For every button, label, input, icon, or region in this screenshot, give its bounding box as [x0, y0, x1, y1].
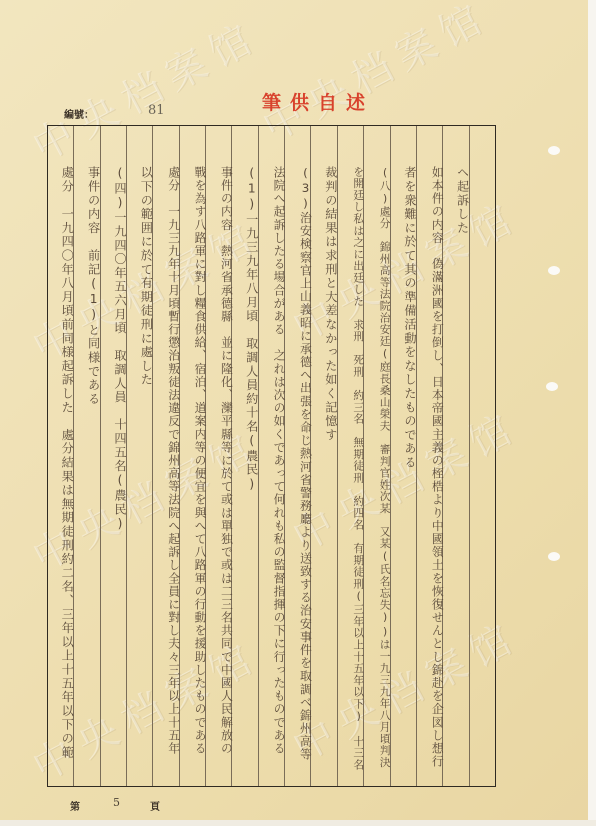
column-text: 事件の内容 前記(1)と同様である: [74, 166, 99, 406]
column-text: 如本件の内容 偽滿洲國を打倒し、日本帝國主義の桎梏より中國領土を恢復せんとし錦赴…: [417, 166, 442, 768]
column-text: (八)處分 錦州高等法院治安廷(庭長桑山榮夫 審判官姓次某 又某(氏名忘失))は…: [364, 166, 389, 768]
manuscript-column: 事件の内容 前記(1)と同様である: [73, 126, 99, 786]
column-text: (1)一九三九年八月頃 取調人員約十名(農民): [232, 166, 257, 492]
binding-hole: [548, 266, 560, 275]
manuscript-grid: ヘ起訴した如本件の内容 偽滿洲國を打倒し、日本帝國主義の桎梏より中國領土を恢復せ…: [47, 125, 496, 787]
manuscript-column: (八)處分 錦州高等法院治安廷(庭長桑山榮夫 審判官姓次某 又某(氏名忘失))は…: [363, 126, 389, 786]
column-text: (3)治安検察官上山義昭に承德へ出張を命じ熱河省警務廳より送致する治安事件を取調…: [285, 166, 310, 761]
manuscript-column: (1)一九三九年八月頃 取調人員約十名(農民): [231, 126, 257, 786]
binding-hole: [548, 146, 560, 155]
manuscript-column: 處分 一九四〇年八月頃前同様起訴した 處分結果は無期徒刑約二名、三年以上十五年以…: [48, 126, 73, 786]
column-text: 法院へ起訴したる場合がある 之れは次の如くであって何れも私の監督指揮の下に行った…: [259, 166, 284, 755]
manuscript-column: (3)治安検察官上山義昭に承德へ出張を命じ熱河省警務廳より送致する治安事件を取調…: [284, 126, 310, 786]
manuscript-column: 以下の範囲に於て有期徒刑に處した: [126, 126, 152, 786]
manuscript-column: 事件の内容 熱河省承德縣 並に隆化、灤平縣等に於て或は單独で或は二三名共同で中國…: [205, 126, 231, 786]
column-text: 者を衆難に於て其の準備活動をなしたものである: [391, 166, 416, 470]
page-suffix: 頁: [150, 798, 160, 813]
column-text: 處分 一九三九年十月頃暫行懲治叛徒法違反で錦州高等法院へ起訴し全員に對し夫々三年…: [153, 166, 178, 755]
column-text: 戰を為す八路軍に對し糧食供給、宿泊、道案内等の便宜を與へて八路軍の行動を援助した…: [180, 166, 205, 755]
page-number: 5: [113, 796, 120, 809]
scan-margin: [0, 820, 596, 826]
page-title: 筆供自述: [262, 88, 374, 115]
page-prefix: 第: [70, 798, 80, 813]
manuscript-column: ヘ起訴した: [442, 126, 468, 786]
document-page: 中央档案馆 中央档案馆 中央档案馆 中央档案馆 中央档案馆 中央档案馆 中央档案…: [0, 0, 588, 820]
manuscript-column: 戰を為す八路軍に對し糧食供給、宿泊、道案内等の便宜を與へて八路軍の行動を援助した…: [179, 126, 205, 786]
binding-hole: [548, 552, 560, 561]
column-text: 裁判の結果は求刑と大差なかった如く記憶す: [311, 166, 336, 442]
column-text: ヘ起訴した: [443, 166, 468, 235]
manuscript-column: を開廷し私は之に出廷した 求刑 死刑 約三名 無期徒刑 約四名 有期徒刑(三年以…: [337, 126, 363, 786]
column-text: 事件の内容 熱河省承德縣 並に隆化、灤平縣等に於て或は單独で或は二三名共同で中國…: [206, 166, 231, 755]
manuscript-column: [469, 126, 495, 786]
manuscript-column: 如本件の内容 偽滿洲國を打倒し、日本帝國主義の桎梏より中國領土を恢復せんとし錦赴…: [416, 126, 442, 786]
manuscript-column: 法院へ起訴したる場合がある 之れは次の如くであって何れも私の監督指揮の下に行った…: [258, 126, 284, 786]
scan-margin: [588, 0, 596, 826]
manuscript-column: 裁判の結果は求刑と大差なかった如く記憶す: [310, 126, 336, 786]
manuscript-column: 者を衆難に於て其の準備活動をなしたものである: [390, 126, 416, 786]
column-text: を開廷し私は之に出廷した 求刑 死刑 約三名 無期徒刑 約四名 有期徒刑(三年以…: [338, 166, 363, 771]
column-text: 處分 一九四〇年八月頃前同様起訴した 處分結果は無期徒刑約二名、三年以上十五年以…: [48, 166, 73, 759]
file-number: 81: [148, 103, 165, 118]
binding-hole: [546, 382, 558, 391]
manuscript-column: 處分 一九三九年十月頃暫行懲治叛徒法違反で錦州高等法院へ起訴し全員に對し夫々三年…: [152, 126, 178, 786]
column-text: 以下の範囲に於て有期徒刑に處した: [127, 166, 152, 387]
column-text: (四)一九四〇年五六月頃 取調人員 十四五名(農民): [101, 166, 126, 532]
file-number-label: 編號：: [64, 106, 94, 121]
manuscript-column: (四)一九四〇年五六月頃 取調人員 十四五名(農民): [100, 126, 126, 786]
